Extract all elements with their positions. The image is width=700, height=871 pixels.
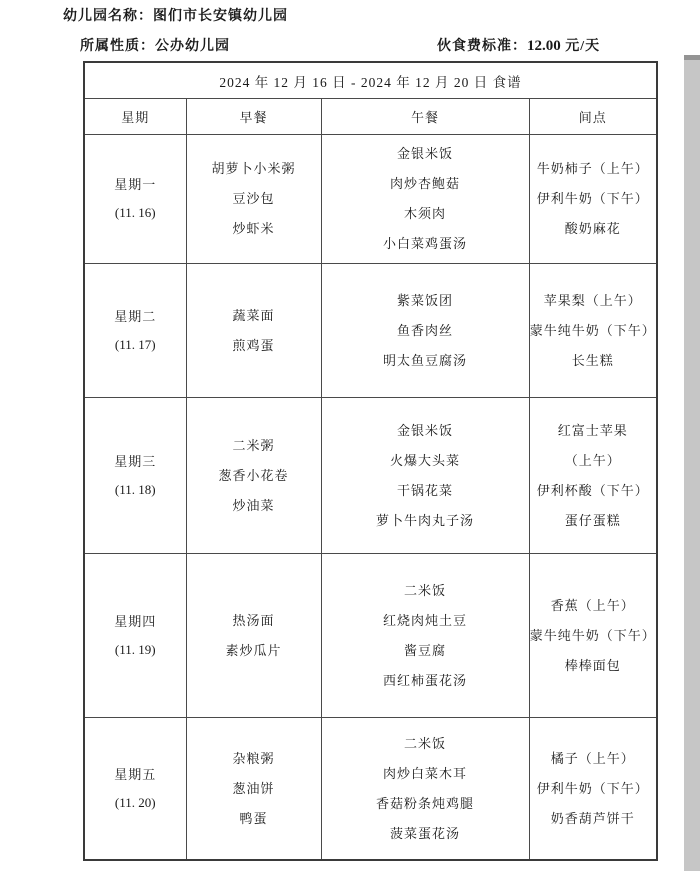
menu-item: 二米粥 <box>187 431 321 461</box>
day-date: (11. 18) <box>85 476 186 504</box>
day-name: 星期二 <box>85 303 186 331</box>
menu-item: 葱香小花卷 <box>187 461 321 491</box>
menu-item: 杂粮粥 <box>187 744 321 774</box>
table-row: 星期四(11. 19)热汤面素炒瓜片二米饭红烧肉炖土豆酱豆腐西红柿蛋花汤香蕉（上… <box>84 554 657 718</box>
menu-item: 火爆大头菜 <box>322 446 529 476</box>
menu-item: 豆沙包 <box>187 184 321 214</box>
menu-item: 伊利牛奶（下午） <box>530 184 657 214</box>
lunch-cell: 金银米饭火爆大头菜干锅花菜萝卜牛肉丸子汤 <box>321 398 529 554</box>
menu-item: 炒虾米 <box>187 214 321 244</box>
breakfast-cell: 热汤面素炒瓜片 <box>186 554 321 718</box>
day-cell: 星期一(11. 16) <box>84 135 186 264</box>
menu-item: 伊利杯酸（下午） <box>530 476 657 506</box>
day-cell: 星期四(11. 19) <box>84 554 186 718</box>
column-header-breakfast: 早餐 <box>186 99 321 135</box>
meal-fee-label: 伙食费标准： <box>437 39 527 54</box>
menu-item: （上午） <box>530 446 657 476</box>
day-cell: 星期五(11. 20) <box>84 718 186 861</box>
menu-item: 伊利牛奶（下午） <box>530 774 657 804</box>
facility-nature-line: 所属性质：公办幼儿园 <box>80 35 230 55</box>
meal-fee-value: 12.00 <box>527 38 561 54</box>
menu-item: 萝卜牛肉丸子汤 <box>322 506 529 536</box>
menu-item: 炒油菜 <box>187 491 321 521</box>
menu-item: 二米饭 <box>322 729 529 759</box>
menu-table-body: 星期一(11. 16)胡萝卜小米粥豆沙包炒虾米金银米饭肉炒杏鲍菇木须肉小白菜鸡蛋… <box>84 135 657 861</box>
menu-item: 干锅花菜 <box>322 476 529 506</box>
menu-item: 小白菜鸡蛋汤 <box>322 229 529 259</box>
table-row: 星期二(11. 17)蔬菜面煎鸡蛋紫菜饭团鱼香肉丝明太鱼豆腐汤苹果梨（上午）蒙牛… <box>84 264 657 398</box>
lunch-cell: 金银米饭肉炒杏鲍菇木须肉小白菜鸡蛋汤 <box>321 135 529 264</box>
menu-item: 鱼香肉丝 <box>322 316 529 346</box>
menu-item: 香菇粉条炖鸡腿 <box>322 789 529 819</box>
menu-item: 棒棒面包 <box>530 651 657 681</box>
menu-item: 热汤面 <box>187 606 321 636</box>
table-title-row: 2024 年 12 月 16 日 - 2024 年 12 月 20 日 食谱 <box>84 62 657 99</box>
menu-item: 苹果梨（上午） <box>530 286 657 316</box>
snack-cell: 红富士苹果（上午）伊利杯酸（下午）蛋仔蛋糕 <box>529 398 657 554</box>
facility-name-value: 图们市长安镇幼儿园 <box>153 9 288 24</box>
table-header-row: 星期 早餐 午餐 间点 <box>84 99 657 135</box>
menu-item: 木须肉 <box>322 199 529 229</box>
snack-cell: 牛奶柿子（上午）伊利牛奶（下午）酸奶麻花 <box>529 135 657 264</box>
lunch-cell: 二米饭红烧肉炖土豆酱豆腐西红柿蛋花汤 <box>321 554 529 718</box>
menu-item: 蒙牛纯牛奶（下午） <box>530 621 657 651</box>
facility-nature-value: 公办幼儿园 <box>155 39 230 54</box>
breakfast-cell: 杂粮粥葱油饼鸭蛋 <box>186 718 321 861</box>
day-name: 星期四 <box>85 608 186 636</box>
day-date: (11. 20) <box>85 789 186 817</box>
day-name: 星期三 <box>85 448 186 476</box>
menu-item: 肉炒白菜木耳 <box>322 759 529 789</box>
menu-item: 香蕉（上午） <box>530 591 657 621</box>
menu-item: 紫菜饭团 <box>322 286 529 316</box>
menu-item: 胡萝卜小米粥 <box>187 154 321 184</box>
menu-item: 葱油饼 <box>187 774 321 804</box>
facility-nature-label: 所属性质： <box>80 39 155 54</box>
menu-item: 素炒瓜片 <box>187 636 321 666</box>
day-date: (11. 19) <box>85 636 186 664</box>
day-name: 星期一 <box>85 171 186 199</box>
menu-item: 蔬菜面 <box>187 301 321 331</box>
menu-item: 红富士苹果 <box>530 416 657 446</box>
day-date: (11. 16) <box>85 199 186 227</box>
menu-item: 肉炒杏鲍菇 <box>322 169 529 199</box>
menu-item: 长生糕 <box>530 346 657 376</box>
table-title: 2024 年 12 月 16 日 - 2024 年 12 月 20 日 食谱 <box>84 62 657 99</box>
menu-table: 2024 年 12 月 16 日 - 2024 年 12 月 20 日 食谱 星… <box>83 61 658 861</box>
menu-item: 二米饭 <box>322 576 529 606</box>
lunch-cell: 二米饭肉炒白菜木耳香菇粉条炖鸡腿菠菜蛋花汤 <box>321 718 529 861</box>
column-header-lunch: 午餐 <box>321 99 529 135</box>
menu-item: 蒙牛纯牛奶（下午） <box>530 316 657 346</box>
lunch-cell: 紫菜饭团鱼香肉丝明太鱼豆腐汤 <box>321 264 529 398</box>
breakfast-cell: 胡萝卜小米粥豆沙包炒虾米 <box>186 135 321 264</box>
snack-cell: 香蕉（上午）蒙牛纯牛奶（下午）棒棒面包 <box>529 554 657 718</box>
menu-item: 鸭蛋 <box>187 804 321 834</box>
menu-item: 蛋仔蛋糕 <box>530 506 657 536</box>
menu-item: 西红柿蛋花汤 <box>322 666 529 696</box>
facility-name-line: 幼儿园名称：图们市长安镇幼儿园 <box>63 5 288 25</box>
meal-fee-line: 伙食费标准：12.00 元/天 <box>437 35 600 55</box>
scrollbar-track[interactable] <box>684 55 700 871</box>
menu-item: 明太鱼豆腐汤 <box>322 346 529 376</box>
column-header-day: 星期 <box>84 99 186 135</box>
column-header-snack: 间点 <box>529 99 657 135</box>
menu-item: 酸奶麻花 <box>530 214 657 244</box>
menu-item: 金银米饭 <box>322 139 529 169</box>
menu-item: 橘子（上午） <box>530 744 657 774</box>
menu-item: 菠菜蛋花汤 <box>322 819 529 849</box>
table-row: 星期五(11. 20)杂粮粥葱油饼鸭蛋二米饭肉炒白菜木耳香菇粉条炖鸡腿菠菜蛋花汤… <box>84 718 657 861</box>
facility-name-label: 幼儿园名称： <box>63 9 153 24</box>
menu-item: 奶香葫芦饼干 <box>530 804 657 834</box>
snack-cell: 橘子（上午）伊利牛奶（下午）奶香葫芦饼干 <box>529 718 657 861</box>
menu-item: 酱豆腐 <box>322 636 529 666</box>
menu-item: 牛奶柿子（上午） <box>530 154 657 184</box>
menu-item: 金银米饭 <box>322 416 529 446</box>
day-cell: 星期二(11. 17) <box>84 264 186 398</box>
meal-fee-unit: 元/天 <box>565 39 600 54</box>
menu-item: 红烧肉炖土豆 <box>322 606 529 636</box>
day-name: 星期五 <box>85 761 186 789</box>
breakfast-cell: 蔬菜面煎鸡蛋 <box>186 264 321 398</box>
table-row: 星期一(11. 16)胡萝卜小米粥豆沙包炒虾米金银米饭肉炒杏鲍菇木须肉小白菜鸡蛋… <box>84 135 657 264</box>
snack-cell: 苹果梨（上午）蒙牛纯牛奶（下午）长生糕 <box>529 264 657 398</box>
table-row: 星期三(11. 18)二米粥葱香小花卷炒油菜金银米饭火爆大头菜干锅花菜萝卜牛肉丸… <box>84 398 657 554</box>
day-cell: 星期三(11. 18) <box>84 398 186 554</box>
breakfast-cell: 二米粥葱香小花卷炒油菜 <box>186 398 321 554</box>
day-date: (11. 17) <box>85 331 186 359</box>
menu-item: 煎鸡蛋 <box>187 331 321 361</box>
